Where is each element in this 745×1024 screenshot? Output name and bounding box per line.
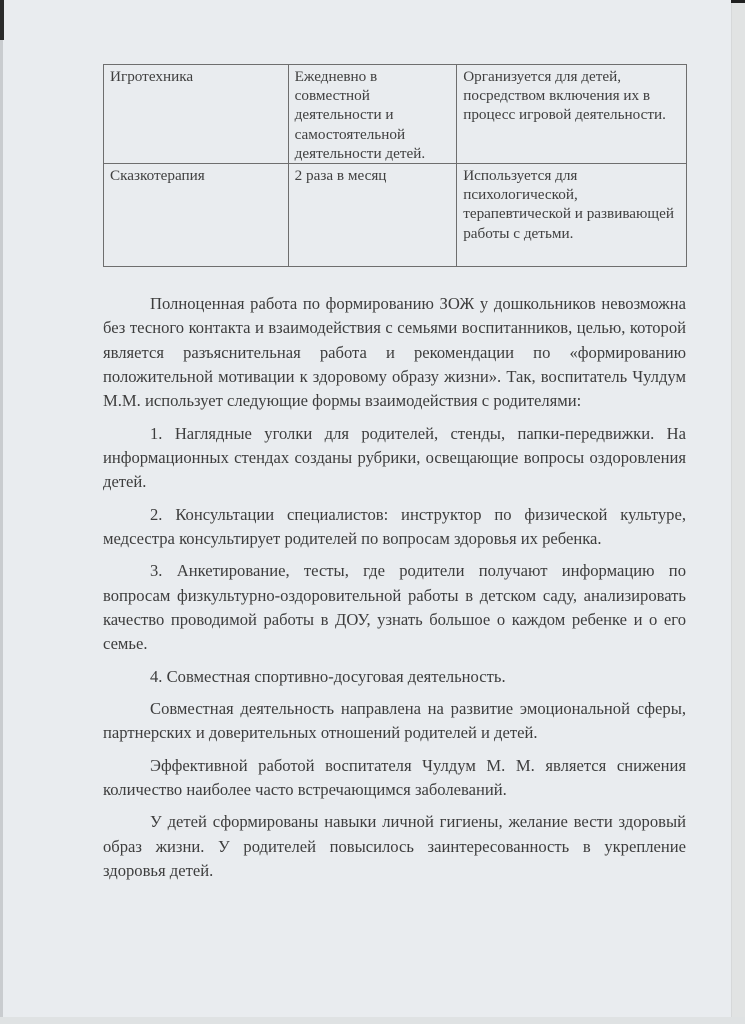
scan-top-right-mark — [731, 0, 745, 3]
forms-table: Игротехника Ежедневно в совместной деяте… — [103, 64, 687, 267]
table-cell-form: Игротехника — [104, 65, 289, 164]
table-cell-form: Сказкотерапия — [104, 164, 289, 267]
table-cell-description: Используется для психологической, терапе… — [457, 164, 687, 267]
table-cell-description: Организуется для детей, посредством вклю… — [457, 65, 687, 164]
table-row: Игротехника Ежедневно в совместной деяте… — [104, 65, 687, 164]
paragraph-effectiveness: Эффективной работой воспитателя Чулдум М… — [103, 754, 686, 803]
scan-edge-left — [0, 0, 3, 1024]
table-row: Сказкотерапия 2 раза в месяц Используетс… — [104, 164, 687, 267]
list-item-2: 2. Консультации специалистов: инструктор… — [103, 503, 686, 552]
paragraph-results: У детей сформированы навыки личной гигие… — [103, 810, 686, 883]
scan-edge-bottom — [0, 1017, 745, 1024]
list-item-3: 3. Анкетирование, тесты, где родители по… — [103, 559, 686, 656]
scan-edge-right — [731, 0, 745, 1024]
list-item-1: 1. Наглядные уголки для родителей, стенд… — [103, 422, 686, 495]
scan-corner-mark — [0, 0, 4, 40]
table-cell-frequency: Ежедневно в совместной деятельности и са… — [288, 65, 457, 164]
paragraph-joint-activity: Совместная деятельность направлена на ра… — [103, 697, 686, 746]
paragraph-intro: Полноценная работа по формированию ЗОЖ у… — [103, 292, 686, 413]
document-body: Полноценная работа по формированию ЗОЖ у… — [103, 292, 686, 891]
table-cell-frequency: 2 раза в месяц — [288, 164, 457, 267]
list-item-4: 4. Совместная спортивно-досуговая деятел… — [103, 665, 686, 689]
